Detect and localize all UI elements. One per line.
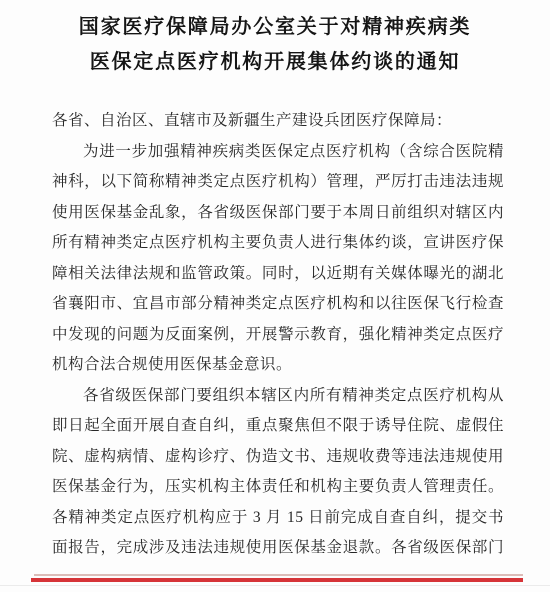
body-text-line: 面报告，完成涉及违法违规使用医保基金退款。各省级医保部门 [52,533,504,564]
body-text-line: 即日起全面开展自查自纠，重点聚焦但不限于诱导住院、虚假住 [52,411,504,442]
body-text-line: 省襄阳市、宜昌市部分精神类定点医疗机构和以往医保飞行检查 [52,289,504,320]
body-text-line: 障相关法律法规和监管政策。同时，以近期有关媒体曝光的湖北 [52,259,504,290]
body-text-line: 院、虚构病情、虚构诊疗、伪造文书、违规收费等违法违规使用 [52,442,504,473]
body-text-line: 各省、自治区、直辖市及新疆生产建设兵团医疗保障局： [52,106,504,137]
divider-line-red [31,578,523,582]
body-text-line: 机构合法合规使用医保基金意识。 [52,350,504,381]
document-body: 各省、自治区、直辖市及新疆生产建设兵团医疗保障局：为进一步加强精神疾病类医保定点… [52,106,504,564]
body-text-line: 神科，以下简称精神类定点医疗机构）管理，严厉打击违法违规 [52,167,504,198]
body-text-line: 各省级医保部门要组织本辖区内所有精神类定点医疗机构从 [52,381,504,412]
body-text-line: 使用医保基金乱象，各省级医保部门要于本周日前组织对辖区内 [52,198,504,229]
document-title: 国家医疗保障局办公室关于对精神疾病类 医保定点医疗机构开展集体约谈的通知 [0,10,550,80]
document-page: 国家医疗保障局办公室关于对精神疾病类 医保定点医疗机构开展集体约谈的通知 各省、… [0,0,550,592]
body-text-line: 医保基金行为，压实机构主体责任和机构主要负责人管理责任。 [52,472,504,503]
body-text-line: 各精神类定点医疗机构应于 3 月 15 日前完成自查自纠，提交书 [52,503,504,534]
body-text-line: 为进一步加强精神疾病类医保定点医疗机构（含综合医院精 [52,137,504,168]
document-title-line-2: 医保定点医疗机构开展集体约谈的通知 [0,45,550,80]
page-bottom-border [0,585,550,586]
document-title-line-1: 国家医疗保障局办公室关于对精神疾病类 [0,10,550,45]
divider-line-light [34,574,523,577]
body-text-line: 中发现的问题为反面案例，开展警示教育，强化精神类定点医疗 [52,320,504,351]
body-text-line: 所有精神类定点医疗机构主要负责人进行集体约谈，宣讲医疗保 [52,228,504,259]
